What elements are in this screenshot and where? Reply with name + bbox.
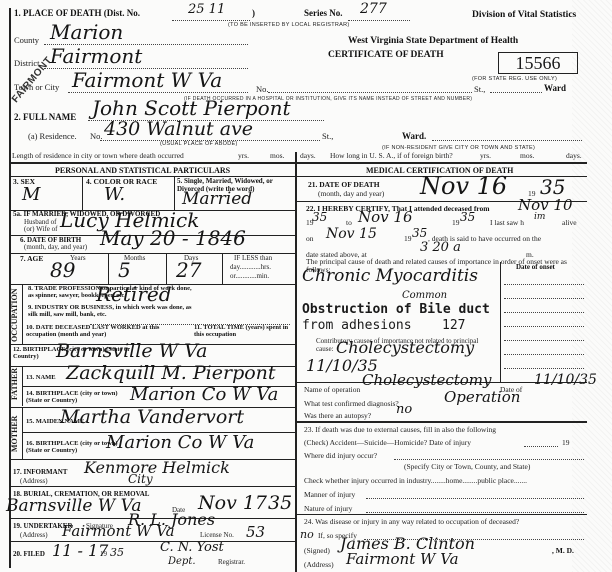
wife-of-label: (or) Wife of (24, 225, 57, 233)
marital-value: Married (182, 189, 252, 209)
age-days-value: 27 (176, 258, 201, 282)
cause-4: from adhesions (302, 318, 412, 333)
onset-line (504, 368, 584, 369)
occupation-side-label: OCCUPATION (10, 289, 19, 342)
district-value: Fairmont (50, 44, 142, 68)
usa-mos-label: mos. (520, 151, 534, 160)
hrs-label: day............hrs. (230, 263, 271, 271)
occupation-related-value: no (300, 528, 314, 541)
dist-no: 25 11 (188, 2, 225, 17)
cause-2: Common (402, 290, 447, 301)
signed-label: (Signed) (304, 546, 330, 555)
row-divider (295, 421, 587, 423)
mother-birthplace-value: Marion Co W Va (106, 432, 254, 453)
last-saw-pronoun: im (534, 212, 545, 222)
to-be-inserted-note: (TO BE INSERTED BY LOCAL REGISTRAR) (228, 22, 350, 28)
division-title: Division of Vital Statistics (472, 10, 576, 20)
residence-st-label: St., (322, 131, 333, 141)
cause-number: 127 (442, 318, 465, 333)
dist-no-line (172, 20, 250, 21)
town-value: Fairmont W Va (72, 68, 222, 92)
usual-abode-note: (USUAL PLACE OF ABODE) (160, 141, 238, 147)
operation-value: Cholecystectomy (362, 371, 491, 389)
autopsy-label: Was there an autopsy? (304, 411, 371, 420)
industry-check-label: Check whether injury occurred in industr… (304, 476, 527, 485)
county-label: County (14, 35, 39, 45)
state-file-number: 15566 (498, 52, 578, 74)
residence-ward-label: Ward. (402, 131, 426, 141)
center-divider (295, 152, 297, 572)
onset-line (504, 354, 584, 355)
nature-line (366, 512, 584, 513)
industry-label: 9. INDUSTRY OR BUSINESS, in which work w… (28, 304, 198, 318)
alive-label: alive (562, 218, 577, 227)
min-label: or............min. (230, 272, 269, 280)
date-of-onset-label: Date of onset (516, 263, 555, 271)
physician-address-label: (Address) (304, 560, 334, 569)
series-no: 277 (360, 1, 387, 17)
full-name-value: John Scott Pierpont (92, 96, 291, 120)
father-name-value: Zackquill M. Pierpont (66, 362, 276, 384)
certificate-title: CERTIFICATE OF DEATH (328, 50, 444, 60)
last-worked-label: 10. DATE DECEASED LAST WORKED at this oc… (26, 324, 186, 338)
series-label: Series No. (304, 8, 343, 18)
father-birthplace-value: Marion Co W Va (130, 384, 278, 405)
license-value: 53 (246, 523, 265, 541)
death-certificate: 1. PLACE OF DEATH (Dist. No. 25 11 ) Ser… (0, 0, 612, 572)
department-title: West Virginia State Department of Health (348, 36, 518, 46)
row-divider (9, 486, 295, 487)
length-days-label: days. (300, 151, 316, 160)
age-label: 7. AGE (20, 254, 43, 263)
md-label: , M. D. (552, 546, 574, 555)
to-year-value: 35 (460, 210, 475, 224)
nature-label: Nature of injury (304, 504, 352, 513)
onset-line (504, 340, 584, 341)
license-label: License No. (200, 531, 234, 539)
onset-line (504, 326, 584, 327)
side-divider (22, 407, 23, 459)
test-value: Operation (444, 388, 520, 406)
registrar-label: Registrar. (218, 558, 245, 566)
mother-name-value: Martha Vandervort (60, 406, 244, 428)
age-years-value: 89 (50, 258, 75, 282)
ward-label: Ward (544, 83, 566, 93)
father-name-label: 13. NAME (26, 374, 56, 381)
informant-address-value: City (128, 472, 153, 486)
dod-value: Nov 16 (420, 172, 507, 200)
registrar-signature: C. N. Yost (160, 540, 224, 555)
row-divider (295, 514, 587, 515)
time-value: 3 20 a (420, 240, 461, 255)
age-months-value: 5 (118, 258, 131, 282)
onset-line (504, 298, 584, 299)
birthplace-value: Barnsville W Va (56, 340, 207, 362)
last-saw-year-value: 35 (412, 226, 427, 240)
col-divider (222, 253, 223, 285)
dod-label: 21. DATE OF DEATH (308, 180, 380, 189)
personal-section-title: PERSONAL AND STATISTICAL PARTICULARS (55, 166, 230, 175)
external-causes-label: 23. If death was due to external causes,… (304, 425, 496, 434)
col-divider (108, 253, 109, 285)
burial-year-value: 35 (268, 492, 292, 514)
full-name-label: 2. FULL NAME (14, 112, 76, 122)
contributory-value: Cholecystectomy (336, 338, 474, 357)
cause-3: Obstruction of Bile duct (302, 302, 490, 317)
onset-divider (500, 262, 501, 382)
col-divider (82, 176, 83, 210)
filed-year-value: 35 (110, 546, 124, 559)
operation-label: Name of operation (304, 385, 360, 394)
col-divider (174, 176, 175, 210)
manner-line (366, 498, 584, 499)
race-value: W. (104, 184, 125, 205)
no-label: No. (256, 84, 269, 94)
autopsy-value: no (396, 402, 412, 417)
mother-side-label: MOTHER (10, 416, 19, 452)
undertaker-address-value: Fairmont W Va (62, 522, 175, 540)
length-yrs-label: yrs. (238, 151, 249, 160)
length-residence-label: Length of residence in city or town wher… (12, 151, 184, 160)
town-line (68, 92, 248, 93)
filed-label: 20. FILED (13, 550, 45, 558)
residence-value: 430 Walnut ave (104, 118, 253, 140)
father-birthplace-label: 14. BIRTHPLACE (city or town) (State or … (26, 390, 126, 404)
undertaker-address-label: (Address) (20, 531, 48, 539)
total-time-label: 11. TOTAL TIME (years) spent in this occ… (194, 324, 294, 338)
occupation-related-label: 24. Was disease or injury in any way rel… (304, 517, 519, 526)
if-less-label: IF LESS than (234, 254, 272, 262)
where-injury-label: Where did injury occur? (304, 451, 377, 460)
col-divider (166, 253, 167, 285)
usa-label: How long in U. S. A., if of foreign birt… (330, 151, 453, 160)
test-label: What test confirmed diagnosis? (304, 399, 399, 408)
trade-value: Retired (96, 282, 172, 306)
onset-line (504, 312, 584, 313)
sex-value: M (22, 184, 40, 205)
filed-year-label: 19 (100, 550, 107, 558)
non-resident-line (432, 140, 582, 141)
on-label: on (306, 234, 314, 243)
length-mos-label: mos. (270, 151, 284, 160)
informant-label: 17. INFORMANT (13, 468, 67, 476)
town-label: Town or City (14, 82, 59, 92)
registrar-dept: Dept. (168, 556, 196, 567)
section-divider (9, 162, 587, 164)
street-line (268, 92, 472, 93)
usa-days-label: days. (566, 151, 582, 160)
last-saw-label: I last saw h (490, 218, 524, 227)
where-injury-line (394, 459, 584, 460)
informant-value: Kenmore Helmick (84, 458, 230, 477)
usa-yrs-label: yrs. (480, 151, 491, 160)
physician-address-value: Fairmont W Va (346, 550, 459, 568)
informant-address-label: (Address) (20, 477, 48, 485)
residence-label: (a) Residence. (28, 131, 77, 141)
series-line (348, 20, 410, 21)
st-label: St., (474, 84, 485, 94)
accident-check-label: (Check) Accident—Suicide—Homicide? Date … (304, 438, 471, 447)
district-label: District (14, 58, 40, 68)
side-divider (22, 284, 23, 344)
onset-line (504, 284, 584, 285)
scan-noise (572, 0, 612, 572)
dod-sublabel: (month, day and year) (318, 189, 384, 198)
ward-line (490, 92, 542, 93)
father-side-label: FATHER (10, 368, 19, 400)
county-value: Marion (50, 20, 123, 44)
place-of-death-label: 1. PLACE OF DEATH (Dist. No. (14, 8, 140, 18)
injury-year-label: 19 (562, 438, 570, 447)
dob-value: May 20 - 1846 (100, 226, 246, 250)
last-saw-date-value: Nov 15 (326, 226, 377, 242)
attended-to-value: Nov 16 (358, 208, 413, 226)
operation-date-value: 11/10/35 (534, 372, 597, 388)
state-reg-note: (FOR STATE REG. USE ONLY) (472, 76, 557, 82)
cause-1: Chronic Myocarditis (302, 266, 478, 286)
manner-label: Manner of injury (304, 490, 355, 499)
burial-place-value: Barnsville W Va (6, 496, 142, 516)
specify-city-label: (Specify City or Town, County, and State… (404, 462, 530, 471)
injury-date-line (524, 446, 558, 447)
dob-sublabel: (month, day, and year) (24, 243, 87, 251)
from-year-value: 35 (312, 210, 327, 224)
